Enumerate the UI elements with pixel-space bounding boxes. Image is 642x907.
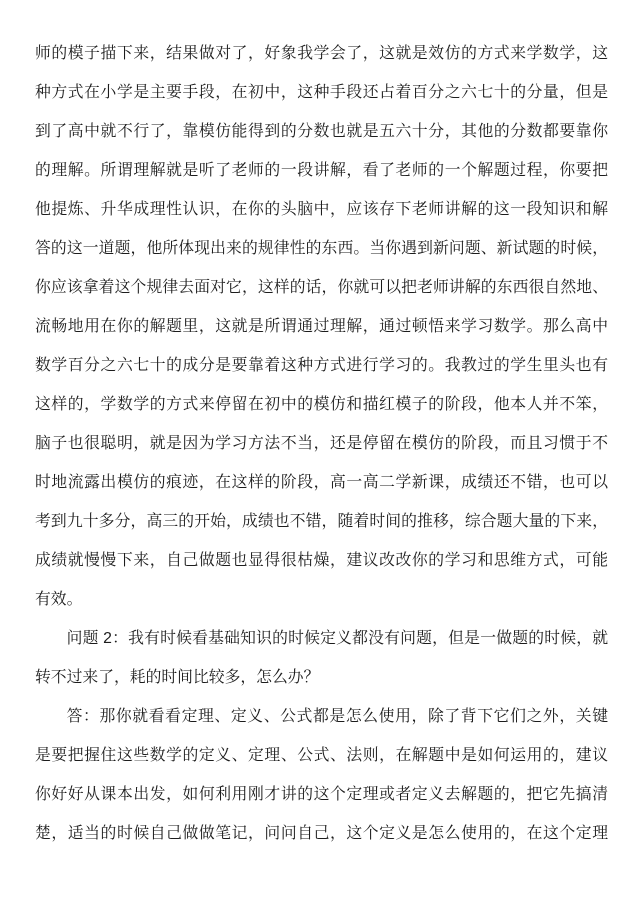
text-block: 师的模子描下来，结果做对了，好象我学会了，这就是效仿的方式来学数学，这种方式在小… [35,34,608,853]
text-line: 是要把握住这些数学的定义、定理、公式、法则，在解题中是如何运用的，建议 [35,736,608,775]
text-line: 师的模子描下来，结果做对了，好象我学会了，这就是效仿的方式来学数学，这 [35,34,608,73]
text-line: 他提炼、升华成理性认识，在你的头脑中，应该存下老师讲解的这一段知识和解 [35,190,608,229]
text-line: 问题 2：我有时候看基础知识的时候定义都没有问题，但是一做题的时候，就 [35,619,608,658]
text-line: 的理解。所谓理解就是听了老师的一段讲解，看了老师的一个解题过程，你要把 [35,151,608,190]
text-line: 你好好从课本出发，如何利用刚才讲的这个定理或者定义去解题的，把它先搞清 [35,775,608,814]
text-line: 考到九十多分，高三的开始，成绩也不错，随着时间的推移，综合题大量的下来， [35,502,608,541]
text-line: 楚，适当的时候自己做做笔记，问问自己，这个定义是怎么使用的，在这个定理 [35,814,608,853]
text-line: 成绩就慢慢下来，自己做题也显得很枯燥，建议改改你的学习和思维方式，可能 [35,541,608,580]
paragraph: 问题 2：我有时候看基础知识的时候定义都没有问题，但是一做题的时候，就转不过来了… [35,619,608,697]
text-line: 时地流露出模仿的痕迹，在这样的阶段，高一高二学新课，成绩还不错，也可以 [35,463,608,502]
text-line: 数学百分之六七十的成分是要靠着这种方式进行学习的。我教过的学生里头也有 [35,346,608,385]
text-line: 转不过来了，耗的时间比较多，怎么办？ [35,658,608,697]
text-line: 到了高中就不行了，靠模仿能得到的分数也就是五六十分，其他的分数都要靠你 [35,112,608,151]
document-page: 师的模子描下来，结果做对了，好象我学会了，这就是效仿的方式来学数学，这种方式在小… [0,0,642,907]
text-line: 答的这一道题，他所体现出来的规律性的东西。当你遇到新问题、新试题的时候， [35,229,608,268]
paragraph: 师的模子描下来，结果做对了，好象我学会了，这就是效仿的方式来学数学，这种方式在小… [35,34,608,619]
paragraph: 答：那你就看看定理、定义、公式都是怎么使用，除了背下它们之外，关键是要把握住这些… [35,697,608,853]
text-line: 流畅地用在你的解题里，这就是所谓通过理解，通过顿悟来学习数学。那么高中 [35,307,608,346]
text-line: 答：那你就看看定理、定义、公式都是怎么使用，除了背下它们之外，关键 [35,697,608,736]
text-line: 脑子也很聪明，就是因为学习方法不当，还是停留在模仿的阶段，而且习惯于不 [35,424,608,463]
text-line: 这样的，学数学的方式来停留在初中的模仿和描红模子的阶段，他本人并不笨， [35,385,608,424]
text-line: 种方式在小学是主要手段，在初中，这种手段还占着百分之六七十的分量，但是 [35,73,608,112]
text-line: 你应该拿着这个规律去面对它，这样的话，你就可以把老师讲解的东西很自然地、 [35,268,608,307]
text-line: 有效。 [35,580,608,619]
